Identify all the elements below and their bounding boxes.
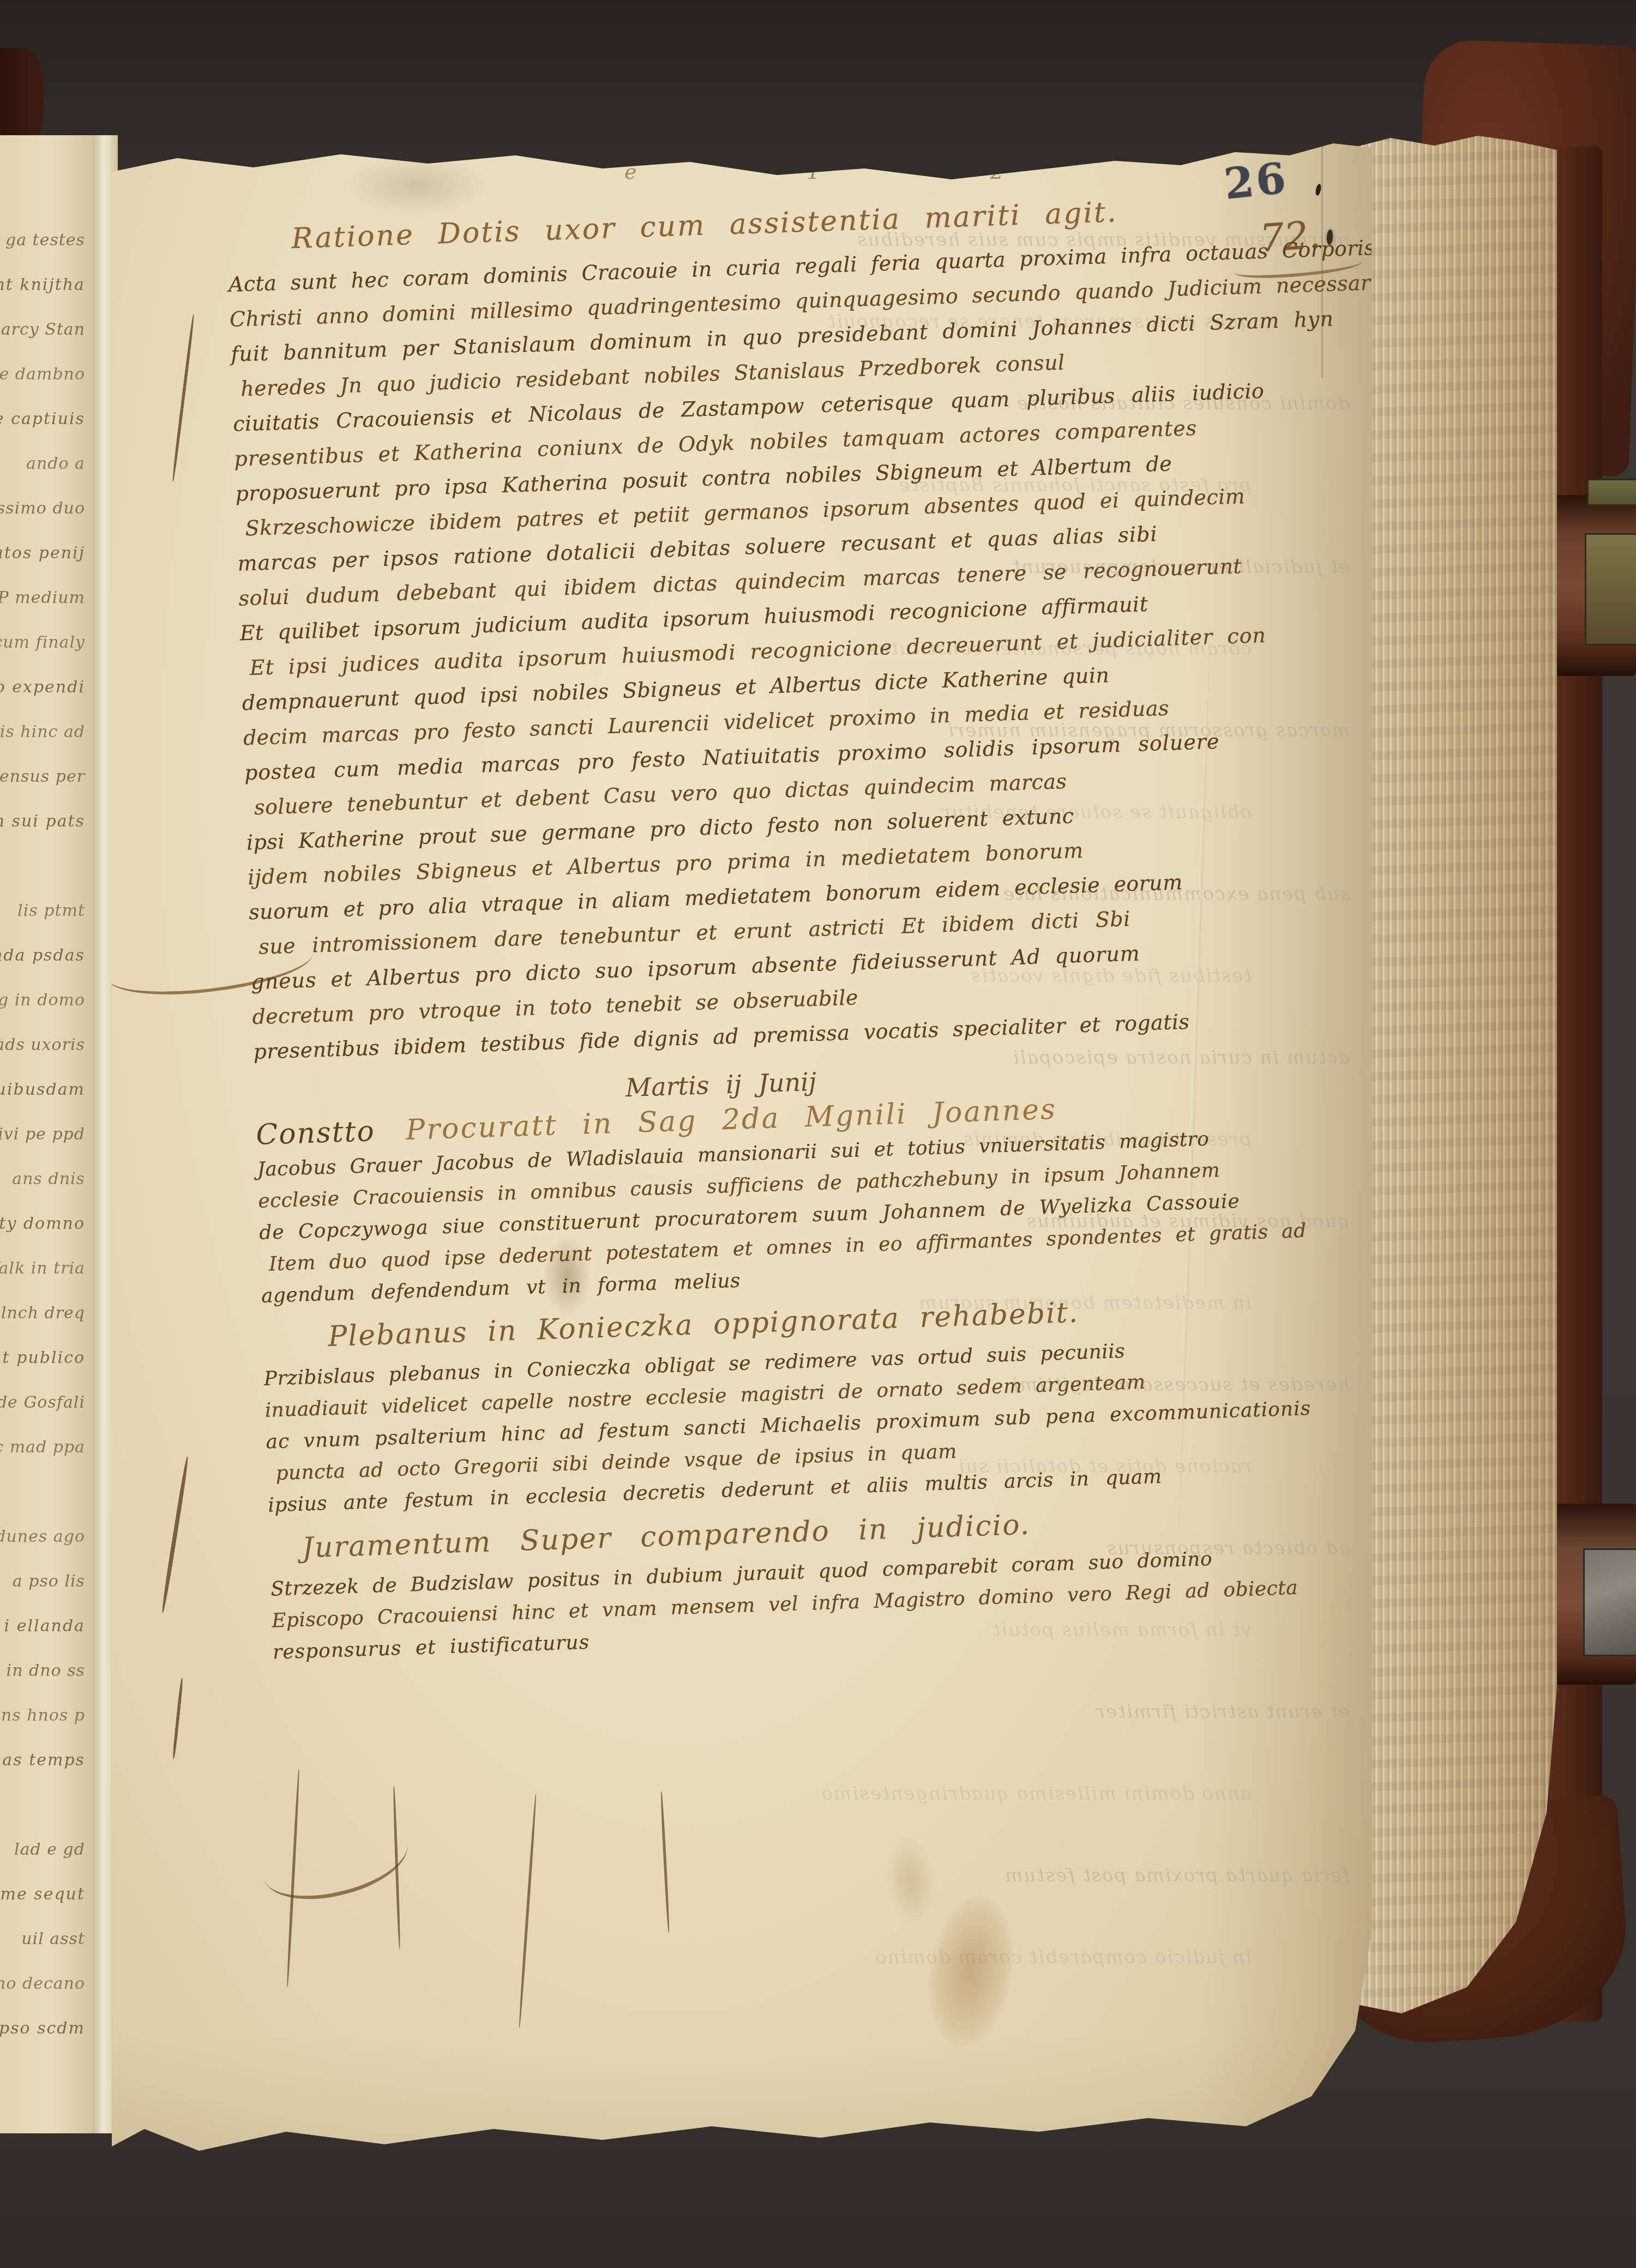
handwritten-line: wymarcy Stan bbox=[0, 307, 85, 352]
handwritten-line: ratos penij bbox=[0, 531, 85, 576]
handwritten-line: lad e gd bbox=[0, 1827, 85, 1872]
handwritten-line: kej cum finaly bbox=[0, 620, 85, 665]
handwritten-line: a pso lis bbox=[0, 1559, 85, 1604]
handwritten-line: hic mad ppa bbox=[0, 1425, 85, 1470]
brass-fitting-upper bbox=[1587, 479, 1636, 506]
metal-clasp-plate-lower bbox=[1583, 1548, 1636, 1656]
handwritten-line: s in dno ss bbox=[0, 1649, 85, 1693]
handwritten-line: lis ptmt bbox=[0, 889, 85, 933]
handwritten-line: ans dnis bbox=[0, 1157, 85, 1202]
handwritten-line: gittivi pe ppd bbox=[0, 1112, 85, 1157]
handwritten-line: ando a bbox=[0, 442, 85, 486]
handwritten-line: et erunt astricti firmiter bbox=[128, 1671, 1350, 1753]
handwritten-line: dno decano bbox=[0, 1962, 85, 2006]
handwritten-line: anty domno bbox=[0, 1202, 85, 1246]
handwritten-line: zmedunes ago bbox=[0, 1515, 85, 1559]
handwritten-line: dint publico bbox=[0, 1336, 85, 1380]
handwritten-line: s census per bbox=[0, 755, 85, 799]
fore-edge-page-stack bbox=[1352, 134, 1557, 2020]
handwritten-line: duas temps bbox=[0, 1738, 85, 1783]
entry-3-body: Przibislaus plebanus in Conieczka obliga… bbox=[263, 1325, 1446, 1522]
handwritten-line: ano expendi bbox=[0, 665, 85, 710]
handwritten-line: pxime sequt bbox=[0, 1872, 85, 1917]
handwritten-line: de captiuis bbox=[0, 397, 85, 442]
entry-1-body: Acta sunt hec coram dominis Cracouie in … bbox=[228, 229, 1431, 1069]
handwritten-line: lss plnch dreq bbox=[0, 1291, 85, 1336]
facing-page-sliver: ga testessunt knijthawymarcy Stanus de d… bbox=[0, 135, 93, 2133]
handwritten-line: uil asst bbox=[0, 1917, 85, 1962]
handwritten-text-block: Ratione Dotis uxor cum assistentia marit… bbox=[226, 177, 1451, 1668]
handwritten-line: ch quibusdam bbox=[0, 1067, 85, 1112]
handwritten-line bbox=[0, 173, 85, 218]
handwritten-line bbox=[0, 2096, 85, 2133]
handwritten-line bbox=[0, 2051, 85, 2096]
handwritten-line: ssde Gosfali bbox=[0, 1380, 85, 1425]
handwritten-line: glis hinc ad bbox=[0, 710, 85, 755]
handwritten-line: ser a Valk in tria bbox=[0, 1246, 85, 1291]
header-marks: e 1 2 bbox=[624, 160, 1085, 184]
manuscript-page: murmussum venditis ampis cum suis heredi… bbox=[112, 134, 1372, 2178]
handwritten-line: dns hnos p bbox=[0, 1693, 85, 1738]
entry-2-heading-abbrev: Constto bbox=[256, 1115, 376, 1151]
handwritten-line: P medium bbox=[0, 576, 85, 620]
handwritten-line: us de dambno bbox=[0, 352, 85, 397]
handwritten-line: pso scdm bbox=[0, 2006, 85, 2051]
manuscript-photo: ga testessunt knijthawymarcy Stanus de d… bbox=[0, 0, 1636, 2268]
handwritten-line bbox=[0, 1470, 85, 1515]
handwritten-line: in judicio comparebit coram domino bbox=[128, 1916, 1252, 1998]
handwritten-line bbox=[0, 844, 85, 889]
handwritten-line: en sui pats bbox=[0, 799, 85, 844]
facing-page-text: ga testessunt knijthawymarcy Stanus de d… bbox=[0, 135, 93, 2133]
handwritten-line: cumssimo duo bbox=[0, 486, 85, 531]
handwritten-line: ads uxoris bbox=[0, 1023, 85, 1067]
handwritten-line: ga testes bbox=[0, 218, 85, 263]
handwritten-line: ang in domo bbox=[0, 978, 85, 1023]
gray-stain bbox=[346, 155, 488, 215]
leather-cover-right-edge bbox=[1550, 146, 1602, 2022]
handwritten-line: hrty i ellanda bbox=[0, 1604, 85, 1649]
handwritten-line: sunt knijtha bbox=[0, 263, 85, 307]
handwritten-line bbox=[0, 1783, 85, 1827]
handwritten-line: standa psdas bbox=[0, 933, 85, 978]
brass-clasp-plate-upper bbox=[1585, 533, 1636, 646]
